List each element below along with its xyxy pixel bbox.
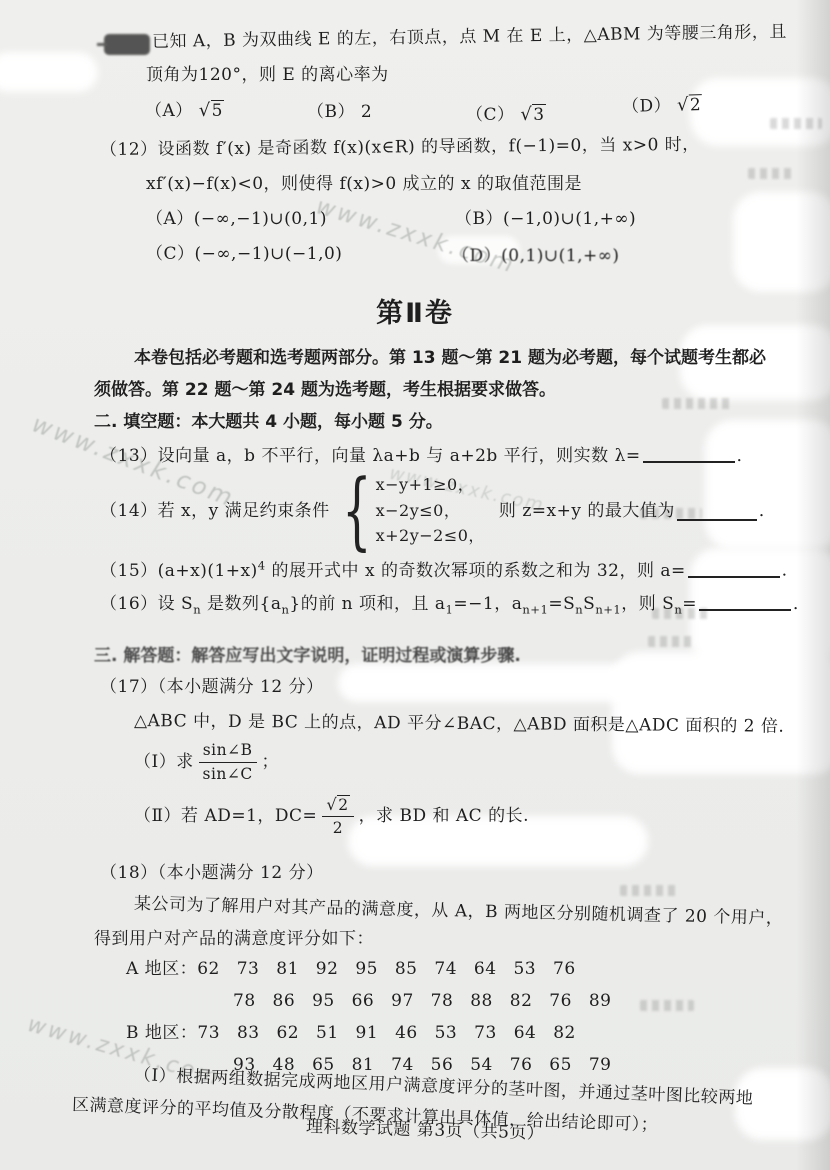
- region-b-label: B 地区：: [126, 1023, 197, 1043]
- constraint-3: x+2y−2≤0，: [376, 524, 485, 549]
- question-13: （13）设向量 a，b 不平行，向量 λa+b 与 a+2b 平行，则实数 λ=…: [100, 445, 754, 467]
- question-16-text: （16）设 Sn 是数列{an}的前 n 项和，且 a1=−1，an+1=SnS…: [100, 594, 697, 614]
- white-blob: [338, 664, 663, 702]
- question-18-body-1: 某公司为了解用户对其产品的满意度，从 A，B 两地区分别随机调查了 20 个用户…: [134, 893, 784, 930]
- question-11-line-1: 已知 A，B 为双曲线 E 的左，右顶点，点 M 在 E 上，△ABM 为等腰三…: [152, 21, 787, 53]
- part-2-tail: ，求 BD 和 AC 的长.: [359, 805, 529, 827]
- bleed-through-mark: [748, 168, 792, 179]
- question-14-lead: （14）若 x，y 满足约束条件: [100, 500, 330, 522]
- question-16: （16）设 Sn 是数列{an}的前 n 项和，且 a1=−1，an+1=SnS…: [100, 593, 811, 617]
- region-b-scores-1: 73 83 62 51 91 46 53 73 64 82: [197, 1023, 575, 1043]
- bleed-through-mark: [648, 636, 696, 647]
- question-14-tail: 则 z=x+y 的最大值为: [499, 500, 675, 522]
- question-11-option-d: （D） 2: [622, 93, 703, 118]
- question-11-option-a: （A） 5: [145, 99, 224, 122]
- radical: 5: [199, 101, 224, 121]
- radicand: 3: [532, 104, 545, 125]
- white-blob: [690, 78, 830, 146]
- white-blob: [733, 192, 830, 292]
- period: ．: [782, 561, 800, 581]
- bleed-through-mark: [620, 885, 680, 896]
- question-17-body: △ABC 中，D 是 BC 上的点，AD 平分∠BAC，△ABD 面积是△ADC…: [134, 710, 785, 738]
- question-11-option-b: （B） 2: [307, 101, 372, 123]
- question-12-option-c: （C）(−∞,−1)∪(−1,0): [146, 243, 342, 265]
- question-15: （15）(a+x)(1+x)4 的展开式中 x 的奇数次幂项的系数之和为 32，…: [100, 558, 799, 582]
- radical: 2: [326, 796, 349, 814]
- scores-row-a1: A 地区：62 73 81 92 95 85 74 64 53 76: [126, 958, 576, 980]
- answer-blank: [688, 562, 780, 578]
- numerator: sin∠B: [199, 740, 257, 762]
- question-12-option-b: （B）(−1,0)∪(1,+∞): [455, 208, 636, 230]
- question-11-line-2: 顶角为120°，则 E 的离心率为: [146, 64, 389, 86]
- question-17-part-2: （Ⅱ）若 AD=1，DC= 2 2 ，求 BD 和 AC 的长.: [134, 790, 529, 842]
- option-label: （C）: [466, 105, 515, 125]
- answer-blank: [699, 595, 791, 611]
- fraction-sqrt2-2: 2 2: [322, 794, 353, 838]
- option-label: （B）: [307, 102, 355, 122]
- question-11-option-c: （C） 3: [466, 103, 546, 126]
- denominator: sin∠C: [202, 763, 252, 784]
- question-12-option-a: （A）(−∞,−1)∪(0,1): [146, 208, 327, 230]
- white-blob: [0, 52, 98, 92]
- option-value: 2: [361, 102, 372, 122]
- answer-blank: [643, 447, 735, 463]
- part-2-intro-line-2: 须做答。第 22 题～第 24 题为选考题，考生根据要求做答。: [94, 379, 556, 401]
- denominator: 2: [333, 817, 343, 838]
- scores-row-a2: 78 86 95 66 97 78 88 82 76 89: [233, 990, 611, 1012]
- question-18-head: （18）（本小题满分 12 分）: [100, 862, 324, 884]
- left-brace: {: [342, 471, 372, 551]
- question-12-line-2: xf′(x)−f(x)<0，则使得 f(x)>0 成立的 x 的取值范围是: [146, 173, 582, 195]
- region-a-scores-1: 62 73 81 92 95 85 74 64 53 76: [197, 959, 575, 979]
- question-17-part-1: （Ⅰ）求 sin∠B sin∠C ；: [134, 736, 279, 788]
- exam-page: www.zxxk.com www.zxxk.com www.zxxk.com w…: [0, 0, 830, 1170]
- part-1-tail: ；: [262, 751, 280, 773]
- option-label: （A）: [145, 101, 193, 121]
- fraction-sinB-sinC: sin∠B sin∠C: [199, 740, 257, 783]
- answer-blank: [677, 505, 757, 521]
- radicand: 2: [337, 795, 349, 814]
- constraint-2: x−2y≤0，: [376, 499, 485, 524]
- question-14: （14）若 x，y 满足约束条件 { x−y+1≥0， x−2y≤0， x+2y…: [100, 468, 776, 554]
- section-solve-title: 三. 解答题：解答应写出文字说明，证明过程或演算步骤.: [94, 645, 521, 667]
- constraint-1: x−y+1≥0，: [376, 473, 485, 498]
- region-a-label: A 地区：: [126, 959, 197, 979]
- constraint-system: x−y+1≥0， x−2y≤0， x+2y−2≤0，: [376, 473, 485, 549]
- part-2-lead: （Ⅱ）若 AD=1，DC=: [134, 805, 317, 827]
- radical: 2: [677, 95, 703, 116]
- part-2-intro-line-1: 本卷包括必考题和选考题两部分。第 13 题～第 21 题为必考题，每个试题考生都…: [134, 347, 766, 369]
- section-fill-in-title: 二. 填空题：本大题共 4 小题，每小题 5 分。: [94, 411, 443, 433]
- radicand: 5: [211, 100, 224, 121]
- question-12-line-1: （12）设函数 f′(x) 是奇函数 f(x)(x∈R) 的导函数，f(−1)=…: [100, 134, 700, 161]
- period: ．: [793, 594, 811, 614]
- bleed-through-mark: [640, 1000, 694, 1011]
- question-17-head: （17）（本小题满分 12 分）: [100, 676, 324, 698]
- question-12-option-d: （D）(0,1)∪(1,+∞): [452, 245, 620, 267]
- scores-row-b1: B 地区：73 83 62 51 91 46 53 73 64 82: [126, 1022, 576, 1044]
- question-15-text: （15）(a+x)(1+x)4 的展开式中 x 的奇数次幂项的系数之和为 32，…: [100, 561, 686, 581]
- option-label: （D）: [622, 96, 672, 117]
- part-1-lead: （Ⅰ）求: [134, 751, 194, 773]
- radical: 3: [520, 105, 545, 125]
- period: ．: [737, 446, 755, 466]
- period: ．: [759, 500, 777, 522]
- radicand: 2: [689, 94, 703, 115]
- question-18-body-2: 得到用户对产品的满意度评分如下：: [94, 928, 374, 950]
- question-11-number-smudge: [104, 34, 150, 55]
- part-2-title: 第Ⅱ卷: [0, 296, 830, 331]
